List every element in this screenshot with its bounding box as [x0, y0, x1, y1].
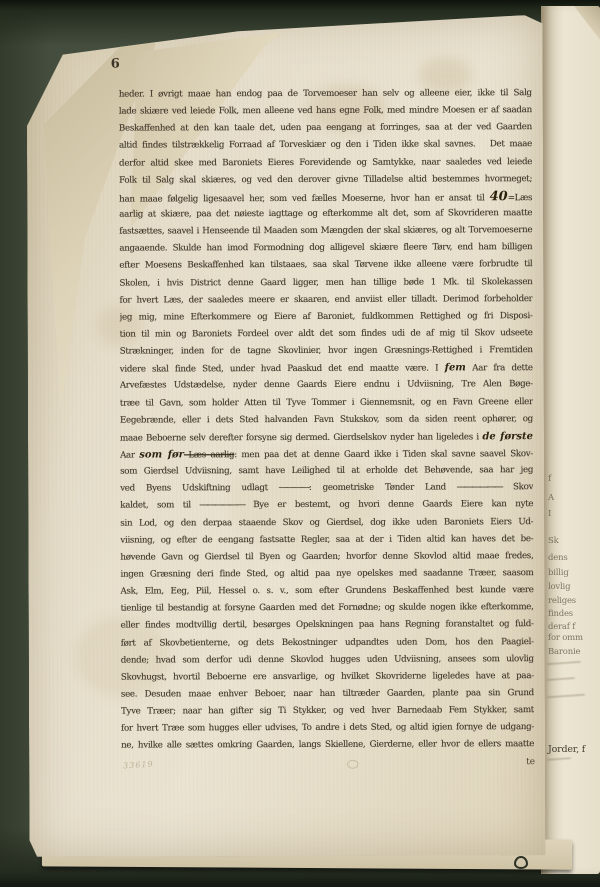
text-line: ne, hvilke alle sættes omkring Gaarden, … — [121, 736, 534, 755]
text-line: tion til min og Baroniets Fordeel over a… — [120, 325, 533, 344]
text-line: ført af Skovbetienterne, og dets Bekostn… — [121, 634, 534, 653]
text-line: Arvefæstes Udstædelse, nyder denne Gaard… — [120, 377, 533, 396]
text-line: Strækninger, inden for de tagne Skovlini… — [120, 342, 533, 361]
text-line: Ask, Elm, Eeg, Piil, Hessel o. s. v., so… — [121, 582, 534, 601]
catchword: te — [526, 757, 535, 767]
binding-thread — [514, 856, 528, 869]
adjacent-page-text-fragment: for omm — [548, 633, 583, 643]
faint-handwriting-mark — [547, 677, 575, 681]
adjacent-page-text-fragment: religes — [548, 596, 576, 606]
adjacent-page-text-fragment: deraf f — [548, 622, 575, 632]
text-line: Eegebrænde, eller i dets Sted halvanden … — [120, 411, 533, 430]
text-line: efter Moesens Beskaffenhed kan tilstaaes… — [119, 257, 532, 276]
adjacent-page-text-fragment: f — [548, 474, 551, 484]
text-line: see. Desuden maae enhver Beboer, naar ha… — [121, 685, 534, 704]
text-line: heder. I øvrigt maae han endog paa de To… — [119, 85, 532, 104]
text-line: fastsættes, saavel i Henseende til Maade… — [119, 222, 532, 241]
text-line: ved Byens Udskiftning udlagt ――――: geome… — [120, 479, 533, 498]
adjacent-page-text-fragment: Baronie — [548, 647, 580, 657]
faint-ink-blot — [346, 759, 359, 771]
faint-pencil-mark: 33619 — [123, 760, 154, 771]
text-line: sin Lod, og den derpaa staaende Skov og … — [120, 514, 533, 533]
document-page: 6 heder. I øvrigt maae han endog paa de … — [27, 15, 546, 857]
text-line: for hvert Læs, der saaledes meere er ska… — [119, 291, 532, 310]
text-line: kaldet, som til ―――――― Bye er bestemt, o… — [120, 497, 533, 516]
text-line: lade skiære ved leiede Folk, men alleene… — [119, 102, 532, 121]
text-line: høvende Gavn og Gierdsel til Byen og Gaa… — [120, 548, 533, 567]
text-line: eller findes modtvillig dertil, besørges… — [121, 616, 534, 635]
text-line: videre skal finde Sted, under hvad Paask… — [120, 359, 533, 378]
page-number: 6 — [111, 57, 120, 72]
text-line: derfor altid skee med Baroniets Eieres F… — [119, 154, 532, 173]
adjacent-page-text-fragment: Sk — [548, 536, 559, 546]
adjacent-page-text-fragment: billig — [548, 568, 569, 578]
book-photo: fAISkdensbilliglovligreligesfindesderaf … — [0, 0, 600, 887]
text-line: Beskaffenhed at den kan taale det, uden … — [119, 119, 532, 138]
text-line: jeg mig, mine Efterkommere og Eiere af B… — [120, 308, 533, 327]
adjacent-page-text-fragment: lovlig — [548, 582, 570, 592]
adjacent-page-corner-fold — [574, 6, 600, 40]
adjacent-page-text-fragment: I — [548, 509, 551, 519]
text-line: maae Beboerne selv derefter forsyne sig … — [120, 428, 533, 447]
text-line: Skolen, i hvis District denne Gaard ligg… — [119, 274, 532, 293]
text-line: træe til Gavn, som holder Atten til Tyve… — [120, 394, 533, 413]
text-line: Aar som før Læs aarlig: men paa det at d… — [120, 445, 533, 464]
text-line: Tyve Træer; naar han gifter sig Ti Stykk… — [121, 702, 534, 721]
text-block: heder. I øvrigt maae han endog paa de To… — [119, 85, 534, 755]
text-line: dende; hvad som derfor udi denne Skovlod… — [121, 651, 534, 670]
adjacent-page-edge: fAISkdensbilliglovligreligesfindesderaf … — [541, 6, 600, 874]
adjacent-page-text-fragment: findes — [548, 609, 573, 619]
text-line: han maae følgelig ligesaavel her, som ve… — [119, 188, 532, 207]
text-line: Folk til Salg skal skiæres, og ved den d… — [119, 171, 532, 190]
faint-handwriting-mark — [547, 694, 585, 699]
text-line: for hvert Træe som hugges eller udvises,… — [121, 719, 534, 738]
adjacent-page-text-fragment: A — [548, 493, 554, 503]
text-line: viisning, og efter de eengang fastsatte … — [120, 531, 533, 550]
text-line: altid findes tilstrækkelig Forraad af To… — [119, 137, 532, 156]
adjacent-page-text-fragment: Jorder, f — [548, 744, 585, 755]
text-line: ingen Græsning deri finde Sted, og altid… — [120, 565, 533, 584]
text-line: som Gierdsel Udviisning, samt have Leili… — [120, 462, 533, 481]
faint-handwriting-mark — [547, 757, 571, 761]
text-line: aarlig at skiære, paa det nøieste iagtta… — [119, 205, 532, 224]
text-line: Skovhugst, hvortil Beboerne ere ansvarli… — [121, 668, 534, 687]
text-line: angaaende. Skulde han imod Formodning do… — [119, 239, 532, 258]
faint-handwriting-mark — [547, 661, 581, 665]
text-line: tienlige til bestandig at forsyne Gaarde… — [121, 599, 534, 618]
adjacent-page-text-fragment: dens — [548, 553, 568, 563]
